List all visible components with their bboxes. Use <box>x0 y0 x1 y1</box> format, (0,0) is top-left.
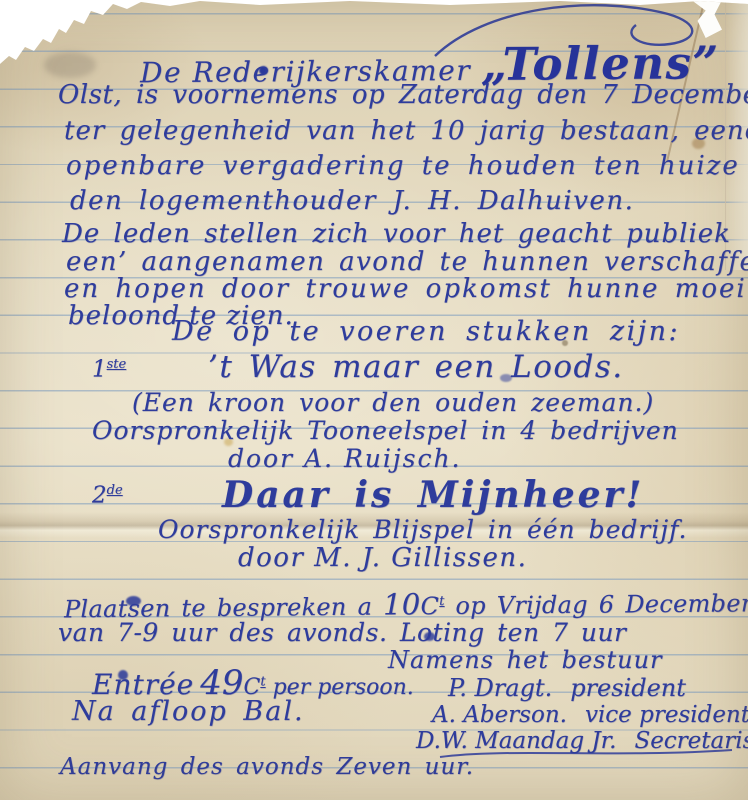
paper-edge-shading <box>0 0 748 800</box>
document-page: De Rederijkerskamer„Tollens”te Olst, is … <box>0 0 748 800</box>
paper-sheet: De Rederijkerskamer„Tollens”te Olst, is … <box>0 0 748 800</box>
